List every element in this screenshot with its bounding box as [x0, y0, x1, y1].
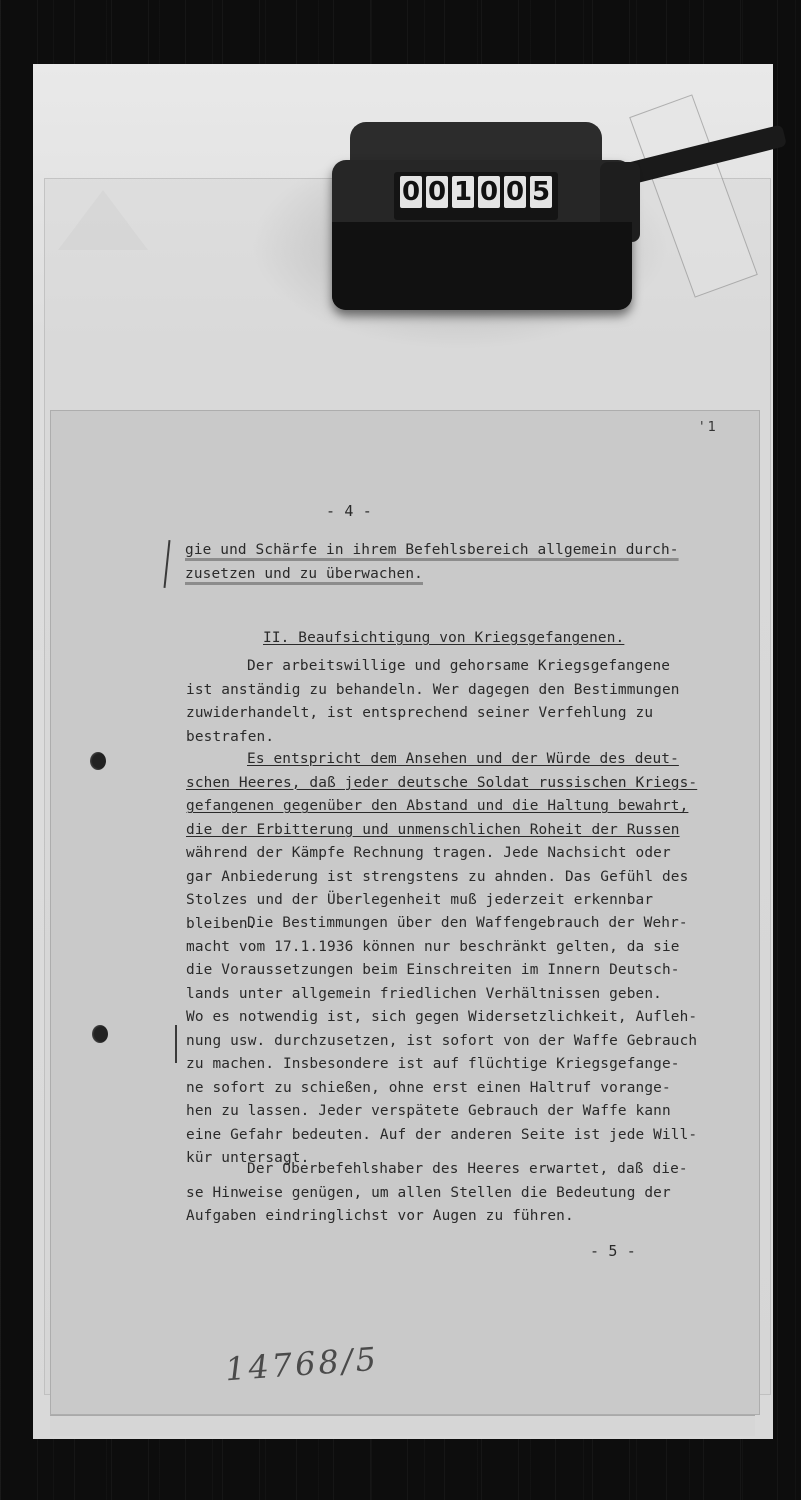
line: gar Anbiederung ist strengstens zu ahnde…	[186, 869, 688, 885]
line: Die Bestimmungen über den Waffengebrauch…	[186, 915, 688, 931]
line: schen Heeres, daß jeder deutsche Soldat …	[186, 775, 697, 791]
counter-digit: 0	[426, 176, 448, 208]
line: se Hinweise genügen, um allen Stellen di…	[186, 1185, 671, 1201]
line: ne sofort zu schießen, ohne erst einen H…	[186, 1080, 671, 1096]
margin-pencil-mark	[175, 1025, 177, 1063]
line: Wo es notwendig ist, sich gegen Widerset…	[186, 1009, 697, 1025]
line: nung usw. durchzusetzen, ist sofort von …	[186, 1033, 697, 1049]
line: lands unter allgemein friedlichen Verhäl…	[186, 986, 662, 1002]
paragraph-4: Der Oberbefehlshaber des Heeres erwartet…	[186, 1158, 688, 1229]
line: die der Erbitterung und unmenschlichen R…	[186, 822, 680, 838]
counter-digit: 1	[452, 176, 474, 208]
line: eine Gefahr bedeuten. Auf der anderen Se…	[186, 1127, 697, 1143]
paragraph-3: Die Bestimmungen über den Waffengebrauch…	[186, 912, 697, 1171]
counter-display: 0 0 1 0 0 5	[394, 172, 558, 220]
counter-lower	[332, 222, 632, 310]
page-bottom-edge	[50, 1415, 755, 1436]
line: zuwiderhandelt, ist entsprechend seiner …	[186, 705, 653, 721]
line: Aufgaben eindringlichst vor Augen zu füh…	[186, 1208, 574, 1224]
line: bestrafen.	[186, 729, 274, 745]
counter-digit: 0	[400, 176, 422, 208]
paragraph-1: Der arbeitswillige und gehorsame Kriegsg…	[186, 655, 680, 749]
line: hen zu lassen. Jeder verspätete Gebrauch…	[186, 1103, 671, 1119]
page-number-top: - 4 -	[326, 500, 372, 524]
line: zu machen. Insbesondere ist auf flüchtig…	[186, 1056, 680, 1072]
section-heading: II. Beaufsichtigung von Kriegsgefangenen…	[263, 627, 624, 651]
line: ist anständig zu behandeln. Wer dagegen …	[186, 682, 680, 698]
line: Der arbeitswillige und gehorsame Kriegsg…	[186, 658, 670, 674]
line: die Voraussetzungen beim Einschreiten im…	[186, 962, 680, 978]
continuation-text: gie und Schärfe in ihrem Befehlsbereich …	[185, 539, 679, 586]
line: gefangenen gegenüber den Abstand und die…	[186, 798, 688, 814]
paragraph-2: Es entspricht dem Ansehen und der Würde …	[186, 748, 697, 936]
punch-hole-icon	[90, 752, 106, 770]
line: Es entspricht dem Ansehen und der Würde …	[247, 751, 679, 767]
line: macht vom 17.1.1936 können nur beschränk…	[186, 939, 680, 955]
line: Der Oberbefehlshaber des Heeres erwartet…	[186, 1161, 688, 1177]
line: während der Kämpfe Rechnung tragen. Jede…	[186, 845, 671, 861]
punch-hole-icon	[92, 1025, 108, 1043]
counter-digit: 0	[504, 176, 526, 208]
line: zusetzen und zu überwachen.	[185, 566, 423, 582]
counter-digit: 5	[530, 176, 552, 208]
corner-mark: ' 1	[700, 420, 716, 435]
frame-counter-device: 0 0 1 0 0 5	[332, 122, 632, 312]
heading-text: II. Beaufsichtigung von Kriegsgefangenen…	[263, 630, 624, 646]
line: Stolzes und der Überlegenheit muß jederz…	[186, 892, 653, 908]
line: gie und Schärfe in ihrem Befehlsbereich …	[185, 542, 679, 558]
counter-digit: 0	[478, 176, 500, 208]
page-number-bottom: - 5 -	[590, 1240, 636, 1264]
